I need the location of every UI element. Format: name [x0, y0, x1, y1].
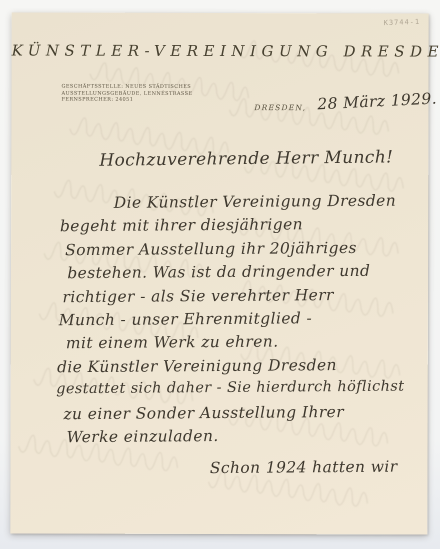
letterhead-title: KÜNSTLER-VEREINIGUNG DRESDEN	[12, 41, 429, 60]
body-line: die Künstler Vereinigung Dresden	[11, 355, 428, 382]
dateline: DRESDEN, 28 März 1929.	[254, 95, 437, 114]
body-line: Sommer Ausstellung ihr 20jähriges	[10, 238, 427, 265]
place-printed: DRESDEN,	[254, 103, 306, 112]
body-line: mit einem Werk zu ehren.	[11, 332, 428, 359]
body-line: Werke einzuladen.	[12, 425, 429, 452]
letterhead-office-block: Geschäftsstelle: Neues Städtisches Ausst…	[61, 84, 192, 104]
letter-body: Die Künstler Vereinigung Dresden begeht …	[10, 191, 429, 484]
archive-mark: K3744-1	[384, 18, 421, 27]
body-line: Munch - unser Ehrenmitglied -	[11, 308, 428, 335]
date-handwritten: 28 März 1929.	[317, 89, 438, 113]
office-line: Fernsprecher: 24051	[61, 97, 192, 104]
scanned-letter-scene: K3744-1 KÜNSTLER-VEREINIGUNG DRESDEN Ges…	[0, 0, 440, 549]
body-line: Die Künstler Vereinigung Dresden	[10, 191, 427, 218]
body-line: zu einer Sonder Ausstellung Ihrer	[11, 402, 428, 429]
body-line: bestehen. Was ist da dringender und	[10, 262, 427, 289]
body-line: Schon 1924 hatten wir	[12, 458, 429, 485]
body-line: gestattet sich daher - Sie hierdurch höf…	[11, 378, 428, 405]
office-line: Geschäftsstelle: Neues Städtisches	[61, 84, 192, 91]
salutation: Hochzuverehrende Herr Munch!	[99, 147, 393, 170]
letter-paper: K3744-1 KÜNSTLER-VEREINIGUNG DRESDEN Ges…	[10, 12, 428, 534]
body-line: begeht mit ihrer diesjährigen	[10, 215, 427, 242]
body-line: richtiger - als Sie verehrter Herr	[10, 285, 427, 312]
